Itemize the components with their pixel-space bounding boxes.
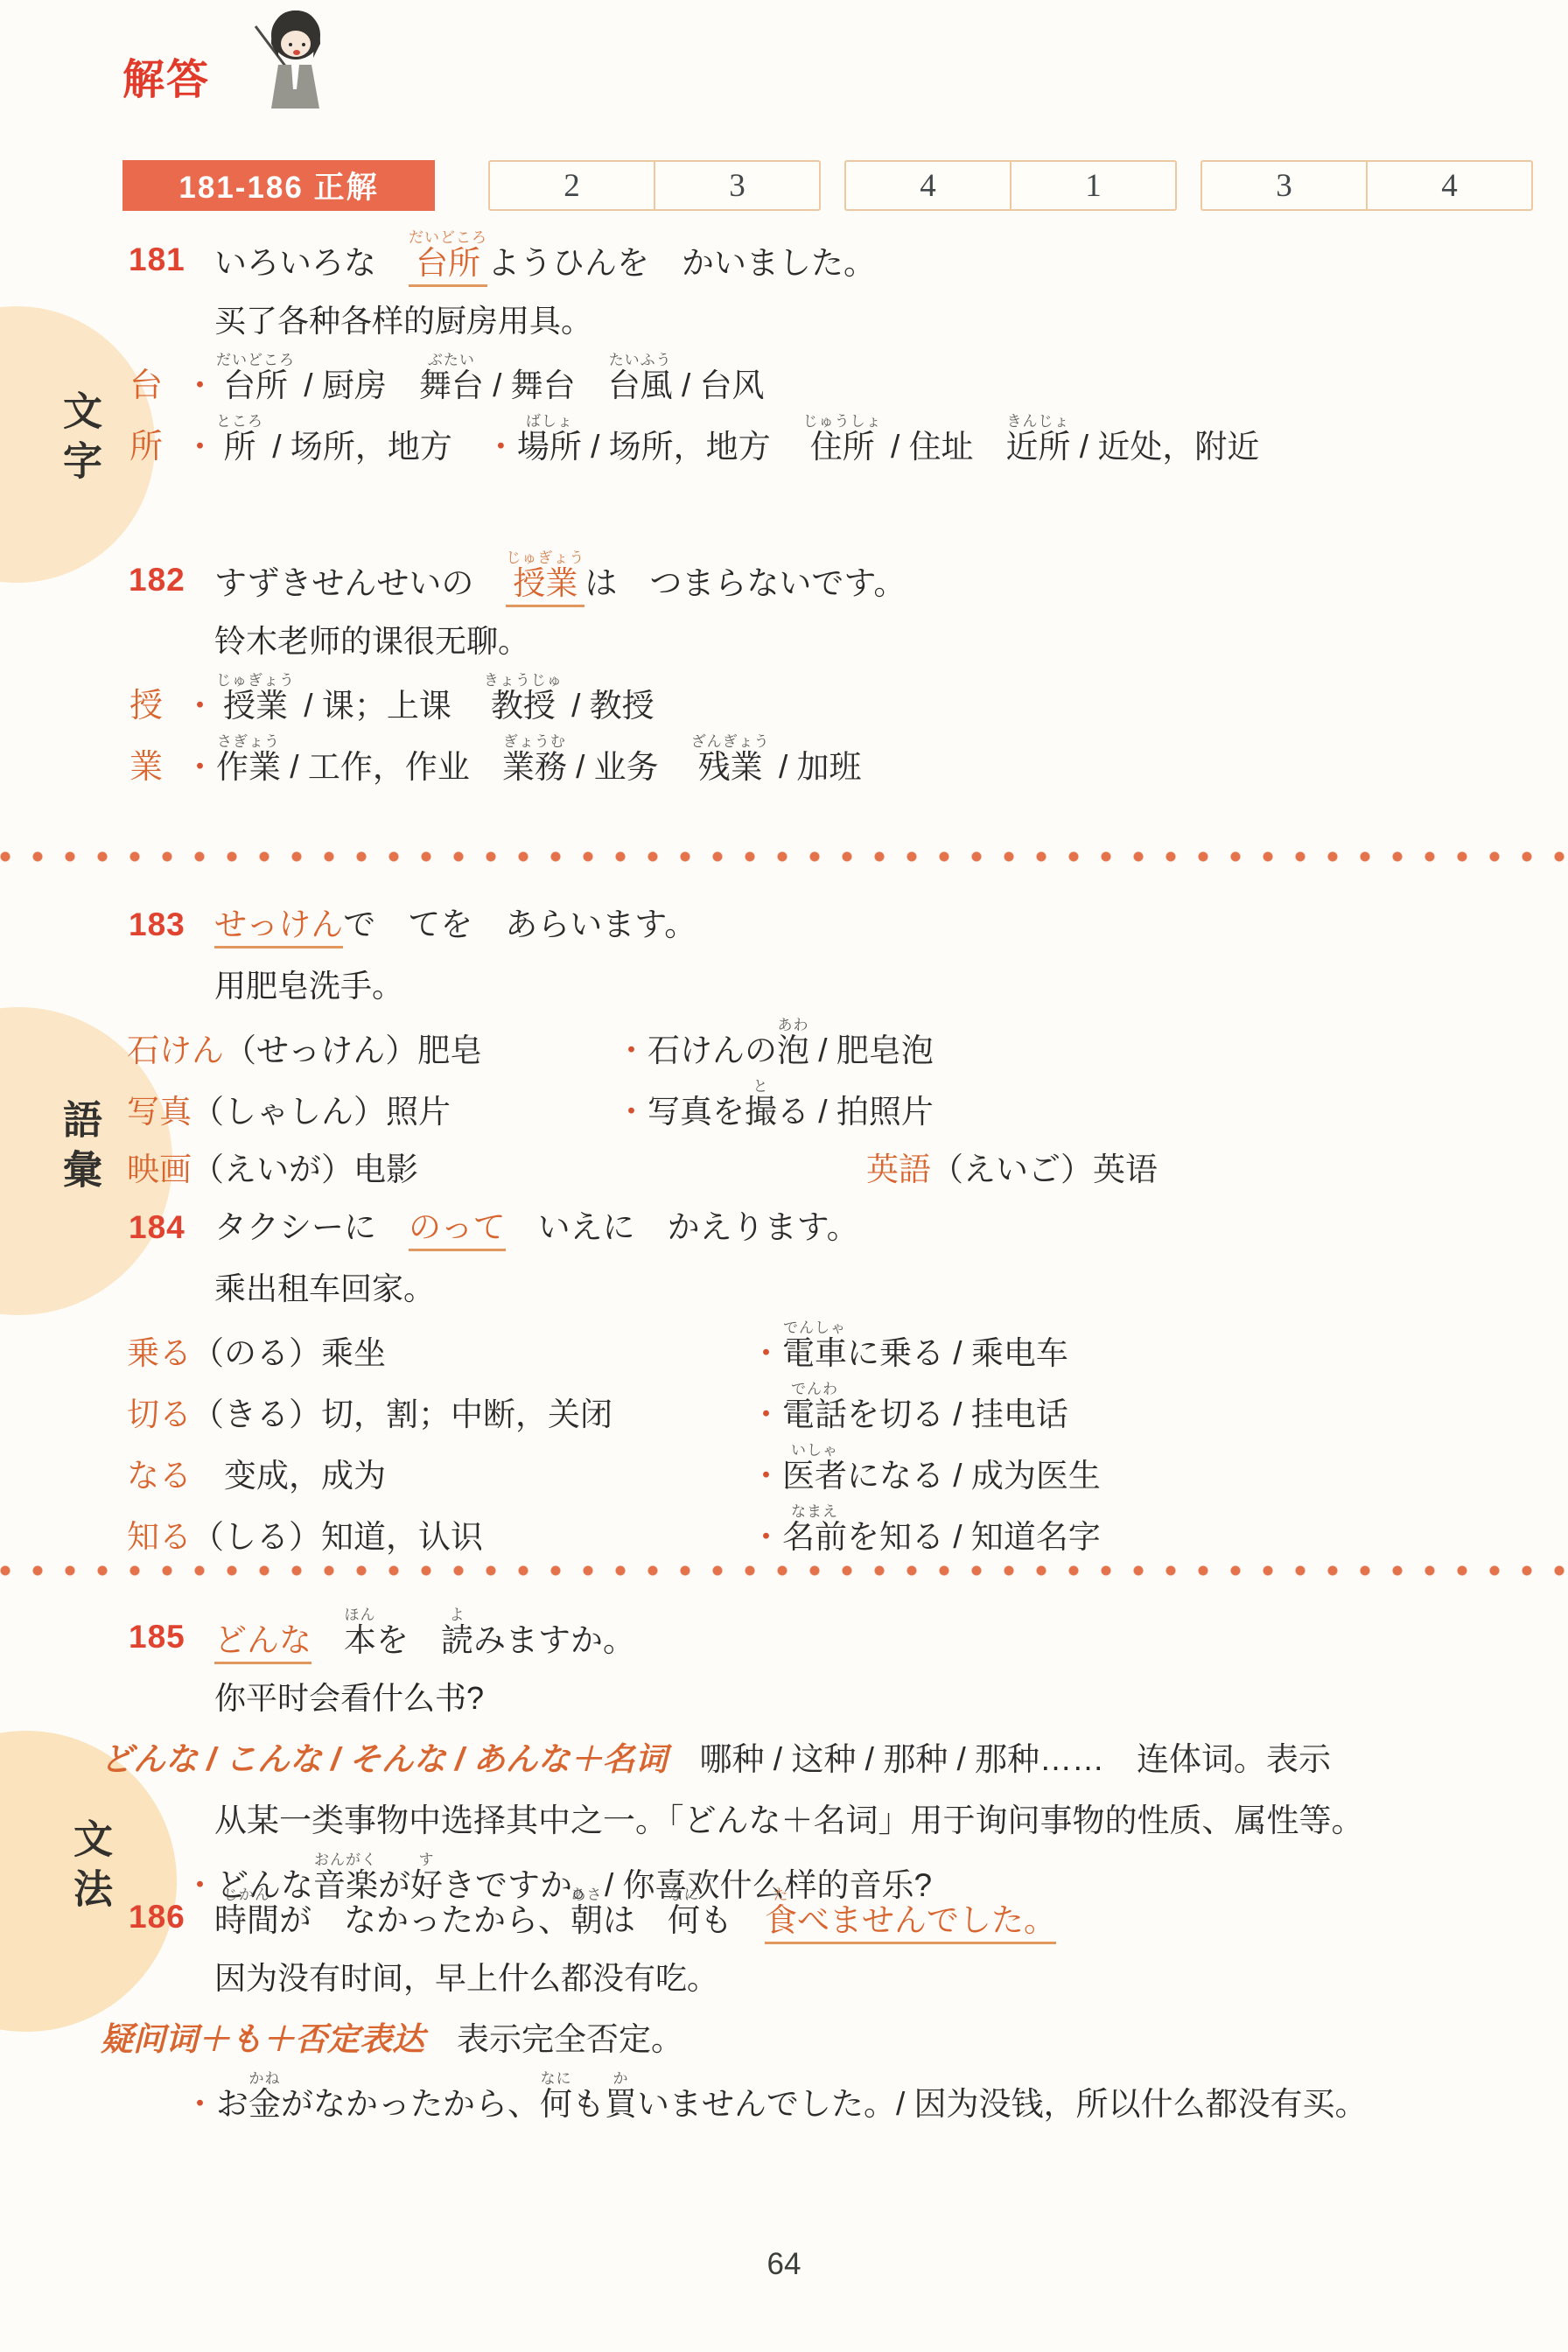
question-number: 185 xyxy=(129,1606,185,1668)
vocab-row: 切る（きる）切，割；中断，关闭・でんわ電話を切る / 挂电话 xyxy=(127,1381,1529,1442)
chinese-translation: 用肥皂洗手。 xyxy=(214,955,1529,1017)
vocab-content: ・じゅぎょう授業 / 课；上课 きょうじゅ教授 / 教授 xyxy=(184,688,654,724)
vocab-row: 映画（えいが）电影英語（えいご）英语 xyxy=(127,1139,1529,1200)
vocab-content: ・だいどころ台所 / 厨房 ぶたい舞台 / 舞台 たいふう台風 / 台风 xyxy=(184,367,765,403)
question-sentence: すずきせんせいの じゅぎょう授業は つまらないです。 xyxy=(214,549,1529,611)
page-number: 64 xyxy=(0,2247,1568,2282)
vocab-example: ・いしゃ医者になる / 成为医生 xyxy=(750,1458,1101,1494)
vocab-content: ・さぎょう作業 / 工作，作业 ぎょうむ業務 / 业务 ざんぎょう残業 / 加班 xyxy=(184,749,862,785)
question-sentence: どんな ほん本を よ読みますか。 xyxy=(214,1606,1529,1668)
teacher-illustration xyxy=(229,3,353,110)
question-number: 183 xyxy=(129,894,185,955)
vocab-word: 映画（えいが）电影 xyxy=(127,1139,866,1200)
question-185: 185 どんな ほん本を よ読みますか。 你平时会看什么书? どんな / こんな… xyxy=(214,1606,1529,1913)
vocab-row: 業・さぎょう作業 / 工作，作业 ぎょうむ業務 / 业务 ざんぎょう残業 / 加… xyxy=(214,733,1529,794)
vocab-row: 授・じゅぎょう授業 / 课；上课 きょうじゅ教授 / 教授 xyxy=(214,672,1529,733)
chinese-translation: 你平时会看什么书? xyxy=(214,1668,1529,1729)
answer-cell-183: 4 xyxy=(846,162,1010,209)
vocab-word: 写真（しゃしん）照片 xyxy=(127,1081,615,1143)
vocab-example: ・でんわ電話を切る / 挂电话 xyxy=(750,1396,1068,1432)
answer-bar: 181-186 正解 2 3 4 1 3 4 xyxy=(0,160,1568,211)
answer-cell-185: 3 xyxy=(1202,162,1366,209)
answer-cell-182: 3 xyxy=(654,162,819,209)
chinese-translation: 因为没有时间，早上什么都没有吃。 xyxy=(214,1948,1529,2009)
vocab-word: 英語（えいご）英语 xyxy=(866,1151,1158,1187)
question-number: 186 xyxy=(129,1886,185,1948)
vocab-key-kanji: 所 xyxy=(129,416,184,478)
chinese-translation: 买了各种各样的厨房用具。 xyxy=(214,290,1529,352)
vocab-key-kanji: 授 xyxy=(129,675,184,737)
vocab-content: ・ところ所 / 场所，地方 ・ばしょ場所 / 场所，地方 じゅうしょ住所 / 住… xyxy=(184,429,1259,465)
vocab-word: 知る（しる）知道，认识 xyxy=(127,1507,750,1568)
question-number: 184 xyxy=(129,1197,185,1258)
question-182: 182 すずきせんせいの じゅぎょう授業は つまらないです。 铃木老师的课很无聊… xyxy=(214,549,1529,794)
question-sentence: じかん時間が なかったから、あさ朝は なに何も た食べませんでした。 xyxy=(214,1886,1529,1948)
vocab-word: 石けん（せっけん）肥皂 xyxy=(127,1020,615,1081)
vocab-row: 所・ところ所 / 场所，地方 ・ばしょ場所 / 场所，地方 じゅうしょ住所 / … xyxy=(214,413,1529,474)
grammar-note-body: 从某一类事物中选择其中之一。「どんな＋名词」用于询问事物的性质、属性等。 xyxy=(214,1790,1529,1851)
vocab-key-kanji: 業 xyxy=(129,737,184,798)
page-title: 解答 xyxy=(122,45,210,106)
question-186: 186 じかん時間が なかったから、あさ朝は なに何も た食べませんでした。 因… xyxy=(214,1886,1529,2131)
vocab-row: なる 变成，成为・いしゃ医者になる / 成为医生 xyxy=(127,1442,1529,1503)
vocab-example: ・石けんのあわ泡 / 肥皂泡 xyxy=(615,1032,934,1068)
chinese-translation: 乘出租车回家。 xyxy=(214,1258,1529,1319)
answer-group-3: 3 4 xyxy=(1200,160,1533,211)
answer-cell-186: 4 xyxy=(1366,162,1531,209)
question-number: 181 xyxy=(129,229,185,290)
question-sentence: せっけんで てを あらいます。 xyxy=(214,894,1529,955)
dotted-separator xyxy=(0,850,1568,863)
section-tab-bunpo: 文法 xyxy=(61,1818,118,1918)
teacher-eye xyxy=(289,43,292,46)
teacher-eye xyxy=(302,43,305,46)
vocab-word: 乗る（のる）乘坐 xyxy=(127,1323,750,1384)
answer-group-2: 4 1 xyxy=(844,160,1177,211)
vocab-row: 石けん（せっけん）肥皂・石けんのあわ泡 / 肥皂泡 xyxy=(127,1017,1529,1078)
answer-cell-184: 1 xyxy=(1010,162,1175,209)
teacher-mouth xyxy=(293,50,300,55)
section-tab-moji: 文字 xyxy=(51,390,108,490)
vocab-row: 知る（しる）知道，认识・なまえ名前を知る / 知道名字 xyxy=(127,1503,1529,1564)
dotted-separator xyxy=(0,1564,1568,1577)
vocab-example: ・写真をと撮る / 拍照片 xyxy=(615,1094,934,1130)
vocab-example: ・なまえ名前を知る / 知道名字 xyxy=(750,1519,1101,1555)
question-sentence: いろいろな だいどころ台所ようひんを かいました。 xyxy=(214,229,1529,290)
question-sentence: タクシーに のって いえに かえります。 xyxy=(214,1197,1529,1258)
question-number: 182 xyxy=(129,549,185,611)
answer-range-label: 181-186 正解 xyxy=(122,160,435,211)
question-181: 181 いろいろな だいどころ台所ようひんを かいました。 买了各种各样的厨房用… xyxy=(214,229,1529,474)
question-184: 184 タクシーに のって いえに かえります。 乘出租车回家。 乗る（のる）乘… xyxy=(214,1197,1529,1564)
vocab-word: なる 变成，成为 xyxy=(127,1445,750,1507)
chinese-translation: 铃木老师的课很无聊。 xyxy=(214,611,1529,672)
vocab-word: 切る（きる）切，割；中断，关闭 xyxy=(127,1384,750,1445)
vocab-key-kanji: 台 xyxy=(129,355,184,416)
grammar-example: ・おかね金がなかったから、なに何もか買いませんでした。/ 因为没钱，所以什么都没… xyxy=(184,2070,1529,2131)
vocab-row: 台・だいどころ台所 / 厨房 ぶたい舞台 / 舞台 たいふう台風 / 台风 xyxy=(214,352,1529,413)
vocab-row: 写真（しゃしん）照片・写真をと撮る / 拍照片 xyxy=(127,1078,1529,1139)
grammar-note-headline: どんな / こんな / そんな / あんな＋名词 哪种 / 这种 / 那种 / … xyxy=(101,1729,1529,1790)
vocab-row: 乗る（のる）乘坐・でんしゃ電車に乗る / 乘电车 xyxy=(127,1319,1529,1381)
section-tab-goi: 語彙 xyxy=(51,1099,108,1199)
answer-cell-181: 2 xyxy=(490,162,654,209)
vocab-example: ・でんしゃ電車に乗る / 乘电车 xyxy=(750,1335,1068,1371)
question-183: 183 せっけんで てを あらいます。 用肥皂洗手。 石けん（せっけん）肥皂・石… xyxy=(214,894,1529,1200)
answer-group-1: 2 3 xyxy=(488,160,821,211)
grammar-note-headline: 疑问词＋も＋否定表达 表示完全否定。 xyxy=(101,2009,1529,2070)
